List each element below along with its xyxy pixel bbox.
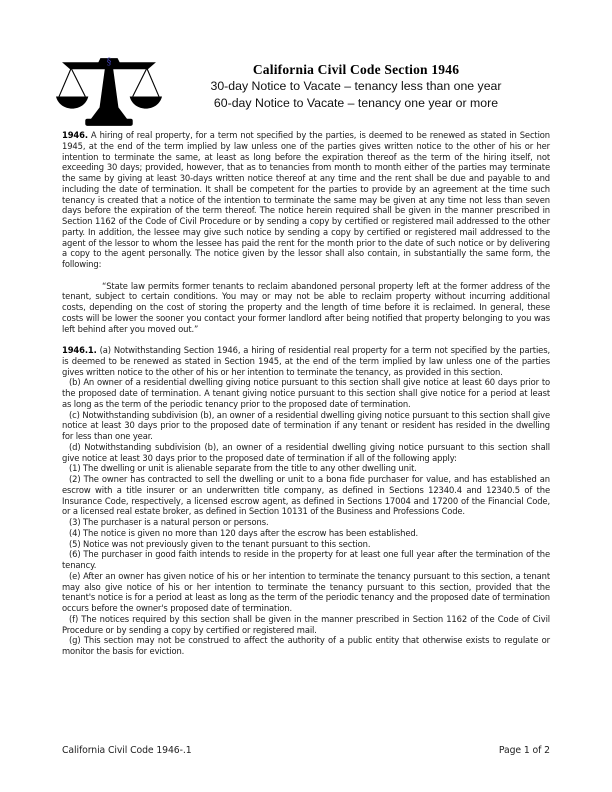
section-1946-number: 1946. xyxy=(62,130,88,140)
page-title: California Civil Code Section 1946 xyxy=(160,62,552,78)
section-sign-glyph: § xyxy=(107,58,112,68)
subsection-b: (b) An owner of a residential dwelling g… xyxy=(62,377,550,409)
subsection-d-item-2: (2) The owner has contracted to sell the… xyxy=(62,474,550,517)
subsection-d: (d) Notwithstanding subdivision (b), an … xyxy=(62,442,550,464)
section-1946-1: 1946.1. (a) Notwithstanding Section 1946… xyxy=(62,345,550,657)
subsection-d-item-6: (6) The purchaser in good faith intends … xyxy=(62,549,550,571)
section-1946-text: A hiring of real property, for a term no… xyxy=(62,130,550,269)
subsection-d-item-5: (5) Notice was not previously given to t… xyxy=(62,539,550,550)
footer-page-number: Page 1 of 2 xyxy=(499,745,550,756)
subsection-f: (f) The notices required by this section… xyxy=(62,614,550,636)
document-page: § California Civil Code Section 1946 30-… xyxy=(0,0,612,792)
document-header: California Civil Code Section 1946 30-da… xyxy=(160,62,552,111)
page-footer: California Civil Code 1946-.1 Page 1 of … xyxy=(62,745,550,756)
subsection-d-item-1: (1) The dwelling or unit is alienable se… xyxy=(62,463,550,474)
subsection-e: (e) After an owner has given notice of h… xyxy=(62,571,550,614)
footer-document-id: California Civil Code 1946-.1 xyxy=(62,745,192,756)
subsection-d-item-3: (3) The purchaser is a natural person or… xyxy=(62,517,550,528)
subsection-c: (c) Notwithstanding subdivision (b), an … xyxy=(62,410,550,442)
section-1946-1-number: 1946.1. xyxy=(62,345,97,355)
subsection-d-item-4: (4) The notice is given no more than 120… xyxy=(62,528,550,539)
document-body: 1946. A hiring of real property, for a t… xyxy=(62,130,550,657)
subtitle-60-day: 60-day Notice to Vacate – tenancy one ye… xyxy=(160,95,552,112)
subtitle-30-day: 30-day Notice to Vacate – tenancy less t… xyxy=(160,78,552,95)
section-1946-paragraph: 1946. A hiring of real property, for a t… xyxy=(62,130,550,270)
section-1946-1-intro: (a) Notwithstanding Section 1946, a hiri… xyxy=(62,345,550,377)
subsection-g: (g) This section may not be construed to… xyxy=(62,635,550,657)
scales-of-justice-icon: § xyxy=(56,55,162,128)
scales-of-justice-svg: § xyxy=(56,55,162,128)
section-1946-1-paragraph-a: 1946.1. (a) Notwithstanding Section 1946… xyxy=(62,345,550,377)
abandoned-property-quote: “State law permits former tenants to rec… xyxy=(62,281,550,335)
